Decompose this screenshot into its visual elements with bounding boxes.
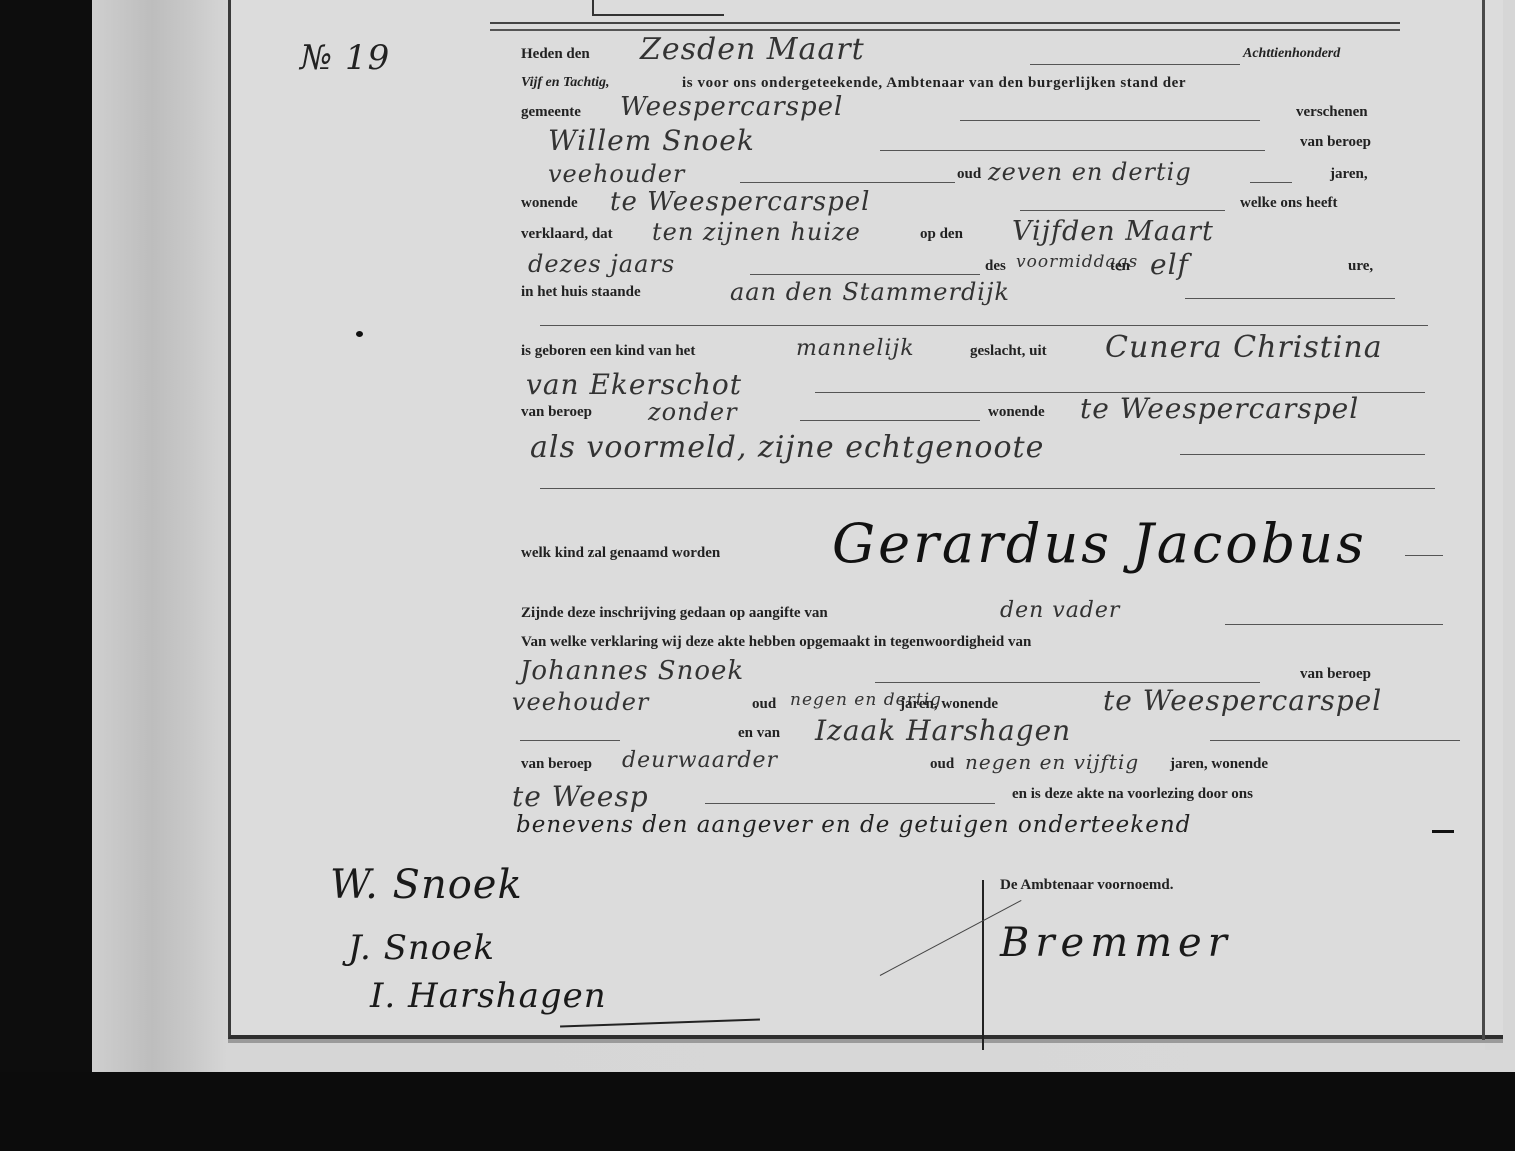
label-is-geboren: is geboren een kind van het — [521, 343, 695, 360]
signature-stroke — [982, 880, 984, 1050]
label-oud: oud — [957, 166, 981, 183]
fill-line — [1225, 624, 1443, 625]
year-suffix: Vijf en Tachtig, — [521, 75, 610, 91]
label-en-van: en van — [738, 725, 780, 742]
film-border-left — [0, 0, 92, 1151]
label-wonende: wonende — [521, 195, 578, 212]
witness2-occupation: deurwaarder — [622, 748, 778, 773]
witness1-occupation: veehouder — [512, 688, 649, 716]
fill-line — [1180, 454, 1425, 455]
signed-by-statement: benevens den aangever en de getuigen ond… — [516, 812, 1191, 838]
statement-place: ten zijnen huize — [652, 218, 861, 246]
record-number: № 19 — [300, 38, 390, 78]
label-zijnde-inschrijving: Zijnde deze inschrijving gedaan op aangi… — [521, 605, 828, 622]
fill-line — [1030, 64, 1240, 65]
label-op-den: op den — [920, 226, 963, 243]
witness1-name: Johannes Snoek — [520, 656, 744, 686]
declarant-occupation: veehouder — [548, 160, 685, 188]
label-van-welke-verklaring: Van welke verklaring wij deze akte hebbe… — [521, 634, 1031, 651]
witness2-age: negen en vijftig — [965, 750, 1139, 774]
birth-hour: elf — [1150, 248, 1189, 281]
label-verschenen: verschenen — [1296, 104, 1368, 121]
label-van-beroep: van beroep — [1300, 666, 1371, 683]
declarant-name: Willem Snoek — [548, 124, 755, 157]
birth-year: dezes jaars — [528, 250, 675, 278]
label-ure: ure, — [1348, 258, 1373, 275]
date-handwritten: Zesden Maart — [640, 32, 865, 67]
label-des: des — [985, 258, 1006, 275]
label-van-beroep: van beroep — [1300, 134, 1371, 151]
record-separator-rule — [490, 22, 1400, 31]
fill-line — [875, 682, 1260, 683]
year-prefix: Achttienhonderd — [1243, 46, 1340, 62]
mother-relation: als voormeld, zijne echtgenoote — [530, 430, 1044, 465]
label-jaren-wonende: jaren, wonende — [900, 696, 998, 713]
line-official: is voor ons ondergeteekende, Ambtenaar v… — [682, 75, 1186, 92]
label-ten: ten — [1110, 258, 1130, 275]
page-right-border — [1482, 0, 1485, 1040]
label-van-beroep: van beroep — [521, 404, 592, 421]
label-jaren: jaren, — [1330, 166, 1368, 183]
previous-record-bracket — [592, 0, 724, 16]
child-name: Gerardus Jacobus — [832, 512, 1367, 575]
label-oud: oud — [752, 696, 776, 713]
fill-line — [880, 150, 1265, 151]
signature-declarant: W. Snoek — [330, 862, 523, 908]
mother-occupation: zonder — [648, 398, 738, 426]
mother-name-last: van Ekerschot — [526, 368, 742, 401]
mother-residence: te Weespercarspel — [1080, 392, 1359, 425]
witness2-residence: te Weesp — [512, 780, 649, 813]
signature-witness2: I. Harshagen — [370, 976, 607, 1016]
gemeente-value: Weespercarspel — [620, 92, 843, 122]
fill-line — [1210, 740, 1460, 741]
label-en-is-deze-akte: en is deze akte na voorlezing door ons — [1012, 786, 1253, 803]
label-welke-ons-heeft: welke ons heeft — [1240, 195, 1338, 212]
informant: den vader — [1000, 598, 1120, 623]
fill-line — [1432, 830, 1454, 833]
label-van-beroep: van beroep — [521, 756, 592, 773]
child-sex: mannelijk — [796, 336, 915, 361]
fill-line — [960, 120, 1260, 121]
fill-line — [1020, 210, 1225, 211]
fill-line — [705, 803, 995, 804]
mother-name-first: Cunera Christina — [1105, 330, 1383, 365]
declarant-age: zeven en dertig — [988, 158, 1192, 186]
ink-dot — [356, 331, 363, 337]
birth-date: Vijfden Maart — [1012, 216, 1214, 247]
label-verklaard-dat: verklaard, dat — [521, 226, 613, 243]
fill-line — [740, 182, 955, 183]
label-in-het-huis-staande: in het huis staande — [521, 284, 641, 301]
label-oud: oud — [930, 756, 954, 773]
witness1-residence: te Weespercarspel — [1103, 684, 1382, 717]
fill-line — [750, 274, 980, 275]
film-border-bottom — [0, 1072, 1515, 1151]
label-heden-den: Heden den — [521, 46, 590, 63]
fill-line — [540, 488, 1435, 489]
signature-official: Bremmer — [1000, 920, 1233, 966]
label-welk-kind: welk kind zal genaamd worden — [521, 545, 720, 562]
fill-line — [800, 420, 980, 421]
signature-witness1: J. Snoek — [348, 928, 495, 968]
fill-line — [1405, 555, 1443, 556]
declarant-residence: te Weespercarspel — [610, 187, 870, 217]
label-wonende: wonende — [988, 404, 1045, 421]
label-geslacht-uit: geslacht, uit — [970, 343, 1047, 360]
official-label: De Ambtenaar voornoemd. — [1000, 877, 1173, 894]
fill-line — [540, 325, 1428, 326]
witness2-name: Izaak Harshagen — [815, 714, 1071, 747]
house-location: aan den Stammerdijk — [730, 278, 1010, 306]
label-jaren-wonende: jaren, wonende — [1170, 756, 1268, 773]
fill-line — [520, 740, 620, 741]
label-gemeente: gemeente — [521, 104, 581, 121]
fill-line — [1250, 182, 1292, 183]
fill-line — [1185, 298, 1395, 299]
